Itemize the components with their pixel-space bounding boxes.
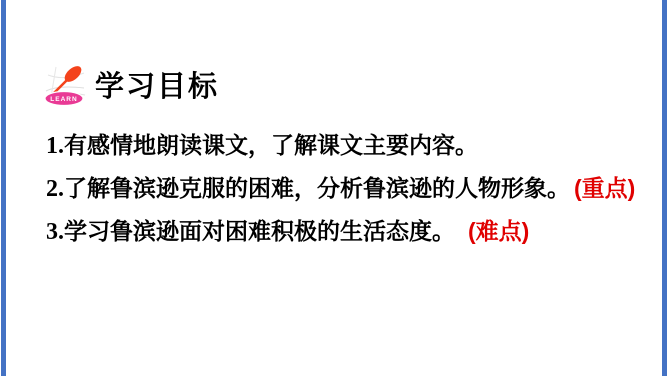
objective-text: 学习鲁滨逊面对困难积极的生活态度。 bbox=[64, 218, 455, 244]
page-title: 学习目标 bbox=[95, 64, 219, 105]
objective-number: 2. bbox=[46, 176, 64, 202]
objective-number: 1. bbox=[46, 133, 64, 159]
slide-right-edge-bar bbox=[662, 0, 667, 376]
objective-item-3: 3.学习鲁滨逊面对困难积极的生活态度。(难点) bbox=[46, 210, 635, 253]
objective-item-1: 1.有感情地朗读课文，了解课文主要内容。 bbox=[46, 124, 635, 167]
objective-text: 了解鲁滨逊克服的困难，分析鲁滨逊的人物形象。 bbox=[64, 175, 570, 201]
objective-number: 3. bbox=[46, 219, 64, 245]
title-section: LEARN 学习目标 bbox=[44, 61, 219, 107]
slide-left-edge-bar bbox=[1, 0, 6, 376]
objective-text: 有感情地朗读课文，了解课文主要内容。 bbox=[64, 132, 478, 158]
objectives-list: 1.有感情地朗读课文，了解课文主要内容。 2.了解鲁滨逊克服的困难，分析鲁滨逊的… bbox=[46, 124, 635, 253]
objective-item-2: 2.了解鲁滨逊克服的困难，分析鲁滨逊的人物形象。(重点) bbox=[46, 167, 635, 210]
objective-tag: (重点) bbox=[574, 175, 635, 201]
learn-icon-label: LEARN bbox=[50, 96, 77, 103]
objective-tag: (难点) bbox=[468, 218, 529, 244]
learn-dart-icon: LEARN bbox=[44, 61, 86, 107]
